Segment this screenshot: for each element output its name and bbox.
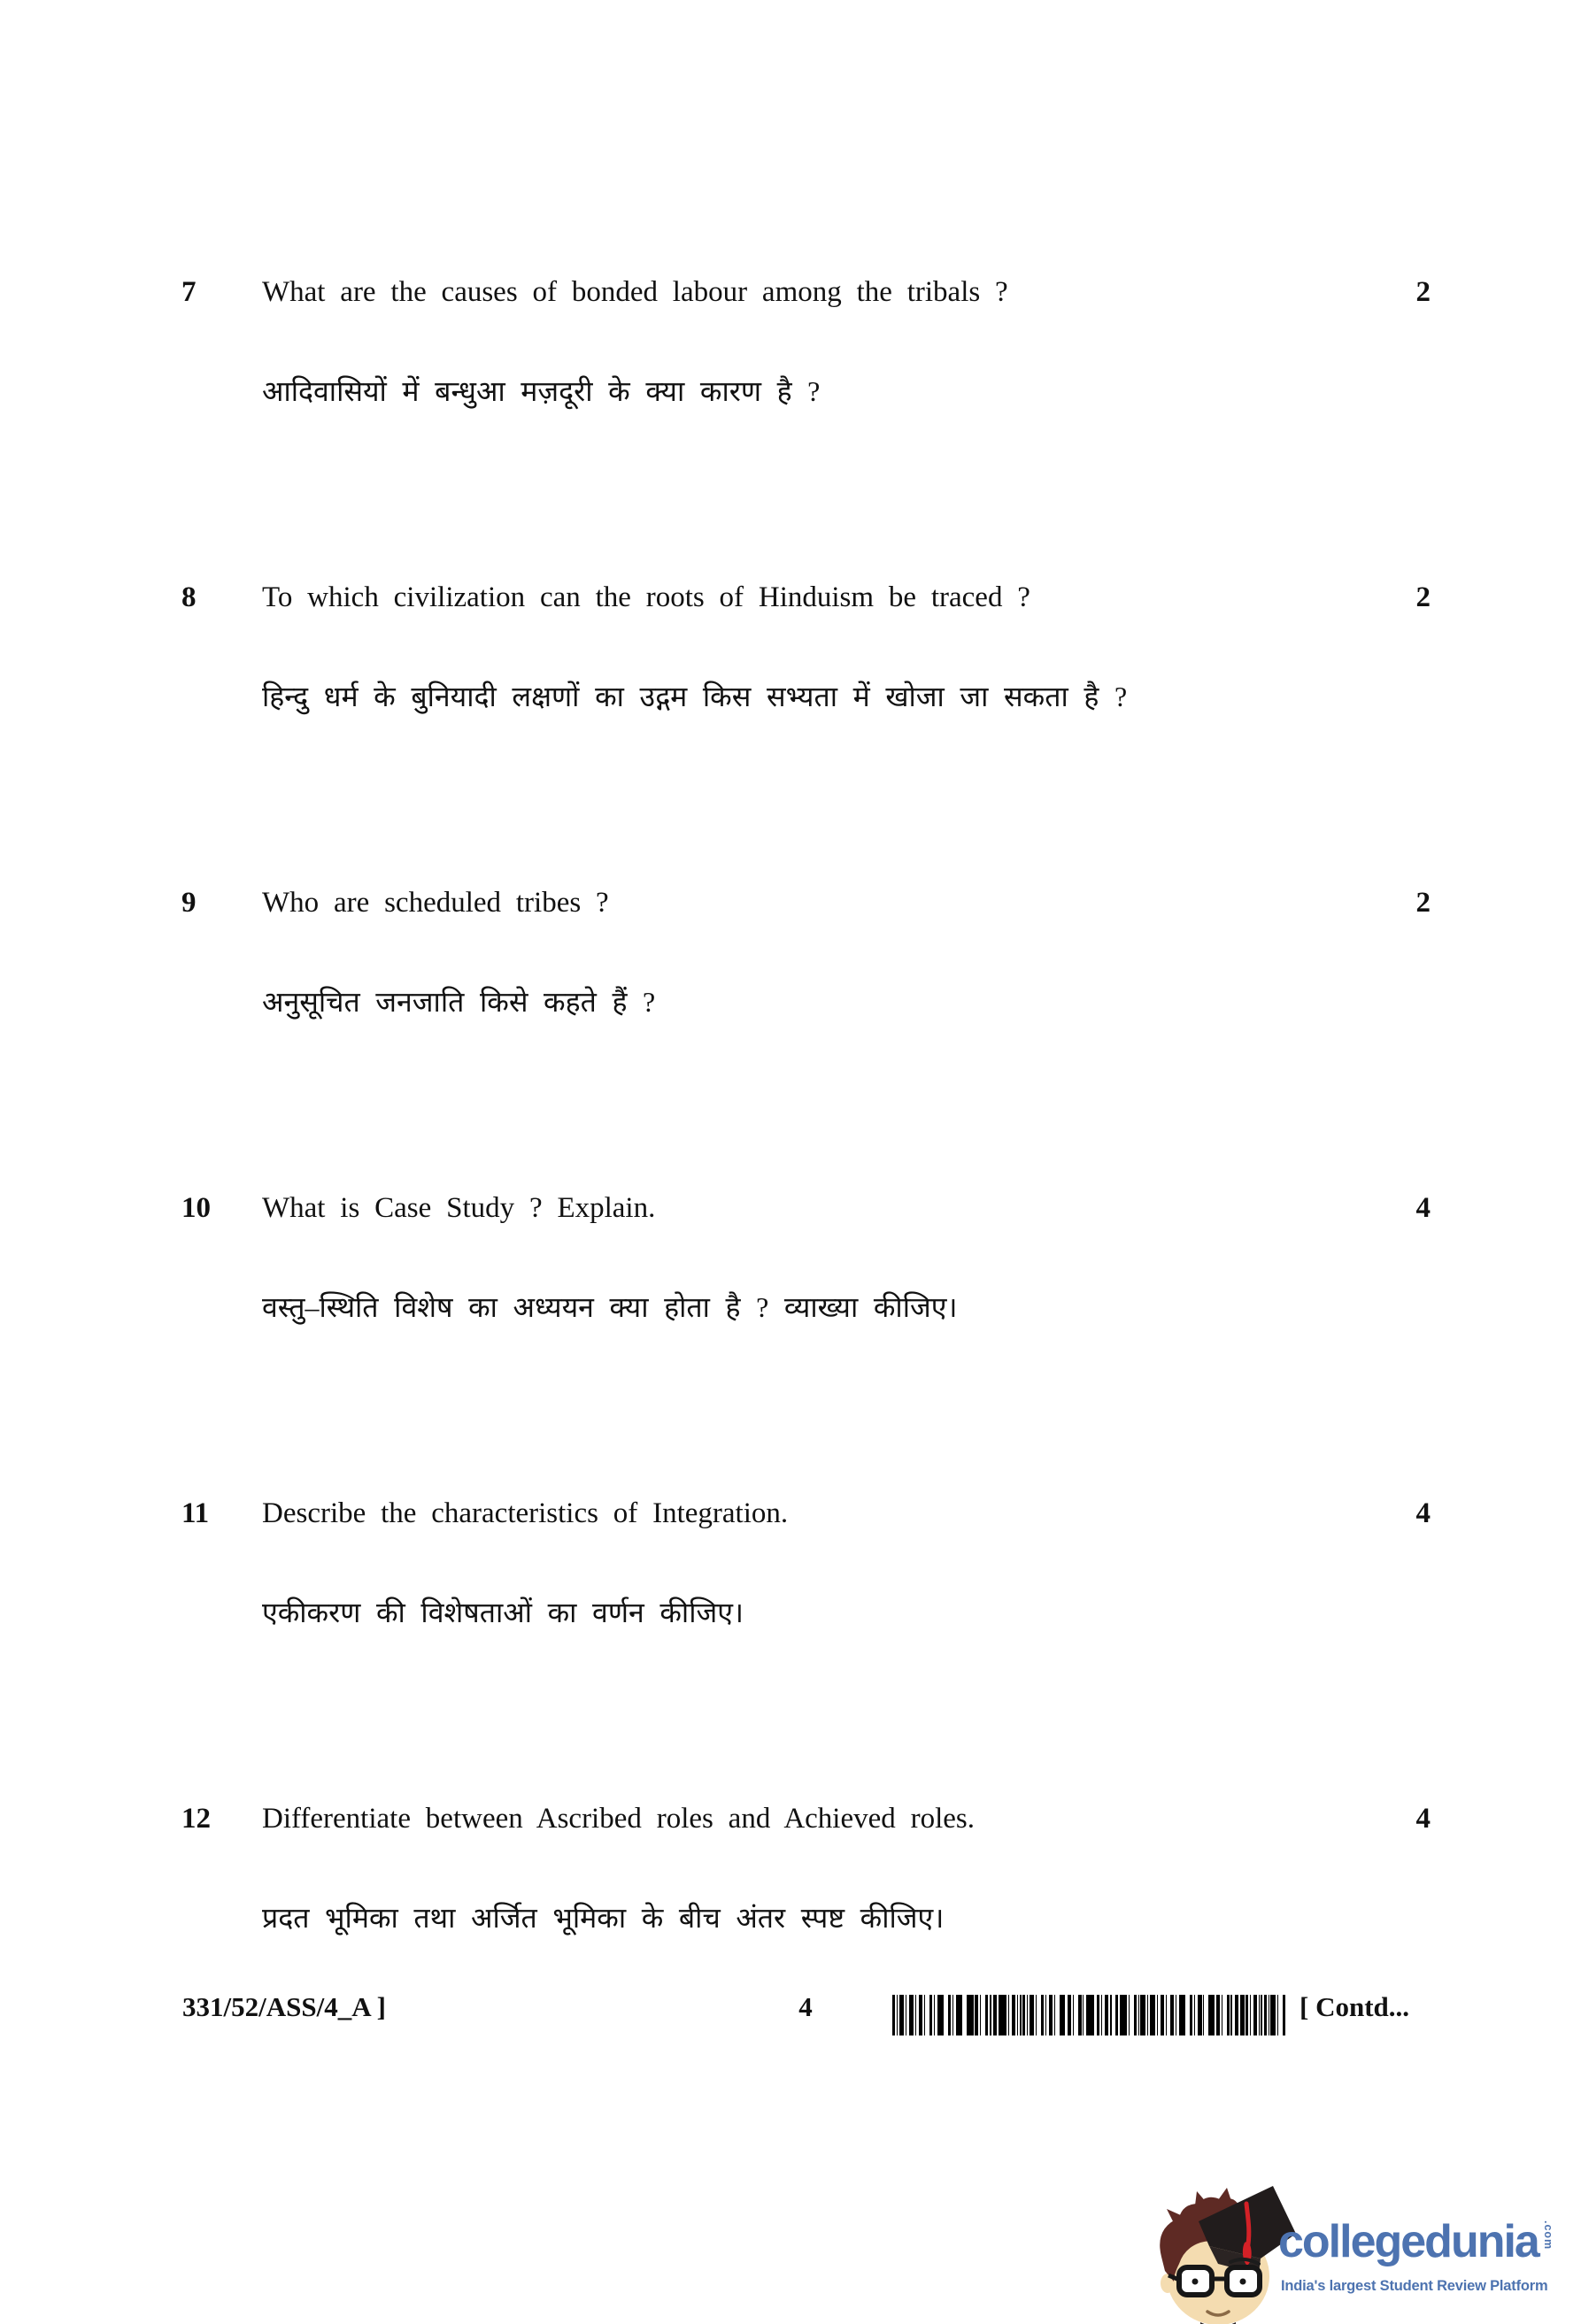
question-text-hindi: हिन्दु धर्म के बुनियादी लक्षणों का उद्गम… [262,677,1127,715]
question-row-8: 8 To which civilization can the roots of… [0,581,1581,758]
question-marks: 2 [1360,276,1431,309]
question-marks: 2 [1360,887,1431,920]
question-text-english: What is Case Study ? Explain. [262,1192,655,1225]
question-number: 9 [181,887,197,920]
question-text-hindi: वस्तु–स्थिति विशेष का अध्ययन क्या होता ह… [262,1288,958,1326]
exam-paper-page: { "document": { "questions": [ { "number… [0,0,1581,2324]
question-text-english: Describe the characteristics of Integrat… [262,1497,788,1530]
question-row-12: 12 Differentiate between Ascribed roles … [0,1803,1581,1980]
question-number: 7 [181,276,197,309]
collegedunia-tld: .com [1542,2220,1554,2258]
question-number: 11 [181,1497,209,1530]
question-row-7: 7 What are the causes of bonded labour a… [0,276,1581,453]
question-text-hindi: आदिवासियों में बन्धुआ मज़दूरी के क्या का… [262,372,820,410]
question-row-11: 11 Describe the characteristics of Integ… [0,1497,1581,1674]
collegedunia-mascot [1144,2182,1296,2324]
collegedunia-tagline: India's largest Student Review Platform [1281,2278,1547,2295]
question-text-english: Differentiate between Ascribed roles and… [262,1803,975,1835]
page-number: 4 [779,1991,832,2023]
collegedunia-wordmark: collegedunia [1278,2218,1539,2266]
question-text-hindi: अनुसूचित जनजाति किसे कहते हैं ? [262,982,655,1020]
question-text-english: To which civilization can the roots of H… [262,581,1030,614]
question-text-hindi: एकीकरण की विशेषताओं का वर्णन कीजिए। [262,1593,744,1631]
question-marks: 4 [1360,1192,1431,1225]
contd-label: [ Contd... [1300,1991,1409,2023]
question-number: 8 [181,581,197,614]
question-number: 12 [181,1803,211,1835]
barcode [892,1995,1287,2035]
question-marks: 2 [1360,581,1431,614]
question-row-10: 10 What is Case Study ? Explain. 4 वस्तु… [0,1192,1581,1369]
question-row-9: 9 Who are scheduled tribes ? 2 अनुसूचित … [0,887,1581,1064]
question-marks: 4 [1360,1803,1431,1835]
question-number: 10 [181,1192,211,1225]
paper-code: 331/52/ASS/4_A ] [182,1991,386,2023]
question-marks: 4 [1360,1497,1431,1530]
question-text-english: What are the causes of bonded labour amo… [262,276,1008,309]
collegedunia-logo: collegedunia .com [1278,2218,1554,2266]
question-text-english: Who are scheduled tribes ? [262,887,609,920]
question-text-hindi: प्रदत भूमिका तथा अर्जित भूमिका के बीच अं… [262,1898,944,1936]
